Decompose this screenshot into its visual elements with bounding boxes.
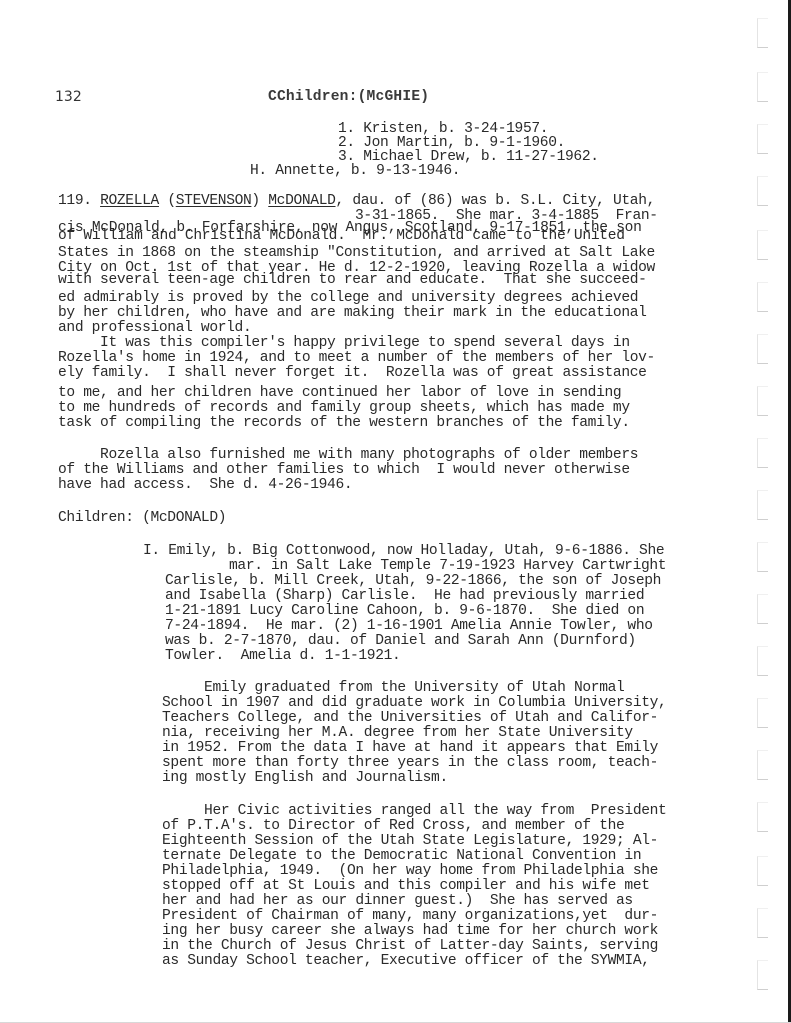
paragraph-line: Emily graduated from the University of U… (162, 680, 624, 696)
child-entry-line: mar. in Salt Lake Temple 7-19-1923 Harve… (229, 558, 666, 574)
paragraph-line: to me hundreds of records and family gro… (58, 400, 630, 416)
binding-hole-mark (757, 386, 768, 416)
paragraph-line: of P.T.A's. to Director of Red Cross, an… (162, 818, 624, 834)
paragraph-line: in the Church of Jesus Christ of Latter-… (162, 938, 658, 954)
paragraph-line: as Sunday School teacher, Executive offi… (162, 953, 650, 969)
binding-hole-mark (757, 750, 768, 780)
paragraph-line: School in 1907 and did graduate work in … (162, 695, 666, 711)
paragraph-line: to me, and her children have continued h… (58, 385, 621, 401)
paragraph-line: of the Williams and other families to wh… (58, 462, 630, 478)
binding-hole-mark (757, 594, 768, 624)
entry-119-heading: 119. ROZELLA (STEVENSON) McDONALD, dau. … (58, 193, 655, 209)
paragraph-line: Her Civic activities ranged all the way … (162, 803, 666, 819)
paragraph-line: ely family. I shall never forget it. Roz… (58, 365, 647, 381)
name-surname: McDONALD (268, 193, 335, 209)
name-given: ROZELLA (100, 193, 159, 209)
binding-hole-mark (757, 856, 768, 886)
paragraph-line: Eighteenth Session of the Utah State Leg… (162, 833, 658, 849)
child-entry-line: Carlisle, b. Mill Creek, Utah, 9-22-1866… (165, 573, 661, 589)
binding-hole-mark (757, 908, 768, 938)
page-number: 132 (55, 89, 82, 105)
binding-hole-mark (757, 698, 768, 728)
paragraph-line: It was this compiler's happy privilege t… (58, 335, 630, 351)
paragraph-line: stopped off at St Louis and this compile… (162, 878, 650, 894)
entry-line: of William and Christina McDonald. Mr. M… (58, 228, 625, 244)
child-entry-line: I. Emily, b. Big Cottonwood, now Hollada… (143, 543, 664, 559)
child-entry-line: Towler. Amelia d. 1-1-1921. (165, 648, 400, 664)
paragraph-line: Rozella also furnished me with many phot… (58, 447, 638, 463)
child-entry-line: was b. 2-7-1870, dau. of Daniel and Sara… (165, 633, 636, 649)
binding-hole-mark (757, 802, 768, 832)
entry-number: 119. (58, 193, 92, 209)
binding-hole-mark (757, 334, 768, 364)
entry-line: with several teen-age children to rear a… (58, 272, 647, 288)
list-item-annette: H. Annette, b. 9-13-1946. (250, 163, 460, 179)
entry-119-line1-rest: , dau. of (86) was b. S.L. City, Utah, (336, 193, 656, 209)
binding-hole-mark (757, 438, 768, 468)
paragraph-line: her and had her as our dinner guest.) Sh… (162, 893, 633, 909)
binding-hole-mark (757, 646, 768, 676)
child-entry-line: 7-24-1894. He mar. (2) 1-16-1901 Amelia … (165, 618, 653, 634)
binding-hole-mark (757, 490, 768, 520)
binding-hole-mark (757, 176, 768, 206)
entry-line: by her children, who have and are making… (58, 305, 647, 321)
paragraph-line: President of Chairman of many, many orga… (162, 908, 658, 924)
binding-hole-mark (757, 230, 768, 260)
entry-line: and professional world. (58, 320, 251, 336)
paragraph-line: in 1952. From the data I have at hand it… (162, 740, 658, 756)
paragraph-line: ternate Delegate to the Democratic Natio… (162, 848, 641, 864)
paragraph-line: ing her busy career she always had time … (162, 923, 658, 939)
binding-hole-mark (757, 18, 768, 48)
children-heading: Children: (McDONALD) (58, 510, 226, 526)
binding-hole-mark (757, 72, 768, 102)
page-header: CChildren:(McGHIE) (268, 89, 429, 105)
name-maiden: STEVENSON (176, 193, 252, 209)
paragraph-line: task of compiling the records of the wes… (58, 415, 630, 431)
paragraph-line: Rozella's home in 1924, and to meet a nu… (58, 350, 655, 366)
entry-line: ed admirably is proved by the college an… (58, 290, 638, 306)
paragraph-line: Philadelphia, 1949. (On her way home fro… (162, 863, 658, 879)
paragraph-line: nia, receiving her M.A. degree from her … (162, 725, 633, 741)
paragraph-line: have had access. She d. 4-26-1946. (58, 477, 352, 493)
child-entry-line: 1-21-1891 Lucy Caroline Cahoon, b. 9-6-1… (165, 603, 644, 619)
paragraph-line: spent more than forty three years in the… (162, 755, 658, 771)
binding-hole-mark (757, 282, 768, 312)
child-entry-line: and Isabella (Sharp) Carlisle. He had pr… (165, 588, 644, 604)
entry-line: States in 1868 on the steamship "Constit… (58, 245, 655, 261)
binding-hole-mark (757, 542, 768, 572)
document-page: 132 CChildren:(McGHIE) 1. Kristen, b. 3-… (0, 0, 791, 1023)
paragraph-line: Teachers College, and the Universities o… (162, 710, 658, 726)
binding-hole-mark (757, 124, 768, 154)
paragraph-line: ing mostly English and Journalism. (162, 770, 448, 786)
binding-hole-mark (757, 960, 768, 990)
